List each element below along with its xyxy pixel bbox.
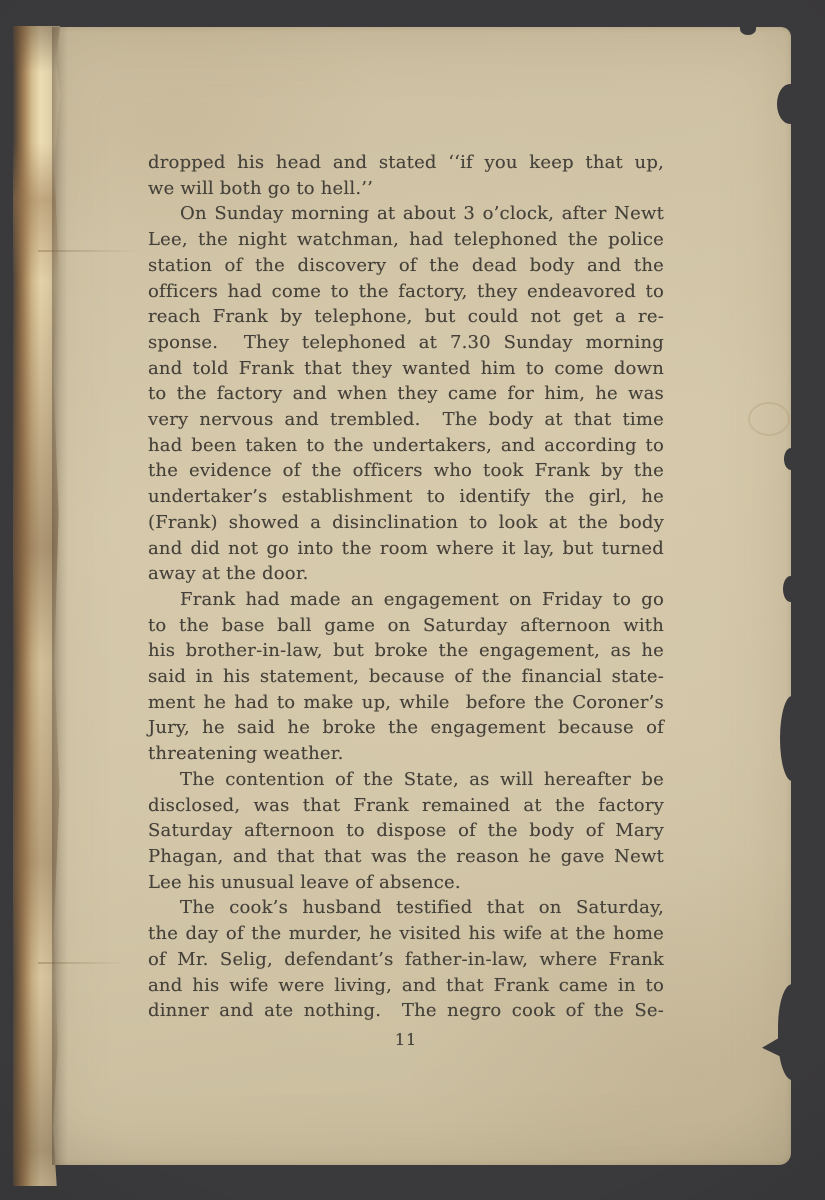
text-line: and his wife were living, and that Frank… — [148, 973, 664, 999]
paragraph: On Sunday morning at about 3 o’clock, af… — [148, 201, 664, 587]
text-line: ment he had to make up, while before the… — [148, 690, 664, 716]
text-line: his brother-in-law, but broke the engage… — [148, 638, 664, 664]
text-line: (Frank) showed a disinclination to look … — [148, 510, 664, 536]
text-line: had been taken to the undertakers, and a… — [148, 433, 664, 459]
text-line: reach Frank by telephone, but could not … — [148, 304, 664, 330]
torn-edge-notch — [784, 448, 798, 470]
stain-ring — [748, 402, 790, 436]
text-line: to the factory and when they came for hi… — [148, 381, 664, 407]
crease-line — [38, 250, 143, 252]
paragraph: dropped his head and stated ‘‘if you kee… — [148, 150, 664, 201]
text-line: Phagan, and that that was the reason he … — [148, 844, 664, 870]
paragraph: Frank had made an engagement on Friday t… — [148, 587, 664, 767]
text-line: Saturday afternoon to dispose of the bod… — [148, 818, 664, 844]
page-number: 11 — [148, 1030, 664, 1049]
text-line: undertaker’s establishment to identify t… — [148, 484, 664, 510]
text-line: very nervous and trembled. The body at t… — [148, 407, 664, 433]
text-line: disclosed, was that Frank remained at th… — [148, 793, 664, 819]
text-line: On Sunday morning at about 3 o’clock, af… — [148, 201, 664, 227]
crease-line — [38, 962, 128, 964]
text-line: The contention of the State, as will her… — [148, 767, 664, 793]
text-line: said in his statement, because of the fi… — [148, 664, 664, 690]
text-line: station of the discovery of the dead bod… — [148, 253, 664, 279]
text-line: away at the door. — [148, 561, 664, 587]
text-column: dropped his head and stated ‘‘if you kee… — [148, 150, 664, 1024]
text-line: Jury, he said he broke the engagement be… — [148, 715, 664, 741]
photo-mat-background: { "document": { "page_number": "11", "pa… — [0, 0, 825, 1200]
text-line: Lee his unusual leave of absence. — [148, 870, 664, 896]
text-line: officers had come to the factory, they e… — [148, 279, 664, 305]
text-line: we will both go to hell.’’ — [148, 176, 664, 202]
text-line: Lee, the night watchman, had telephoned … — [148, 227, 664, 253]
text-line: dinner and ate nothing. The negro cook o… — [148, 998, 664, 1024]
text-line: sponse. They telephoned at 7.30 Sunday m… — [148, 330, 664, 356]
text-line: and told Frank that they wanted him to c… — [148, 356, 664, 382]
text-line: Frank had made an engagement on Friday t… — [148, 587, 664, 613]
torn-edge-notch — [740, 23, 756, 35]
text-line: The cook’s husband testified that on Sat… — [148, 895, 664, 921]
text-line: and did not go into the room where it la… — [148, 536, 664, 562]
text-line: the evidence of the officers who took Fr… — [148, 458, 664, 484]
text-line: to the base ball game on Saturday aftern… — [148, 613, 664, 639]
binding-groove — [52, 27, 68, 1165]
text-line: of Mr. Selig, defendant’s father-in-law,… — [148, 947, 664, 973]
text-line: the day of the murder, he visited his wi… — [148, 921, 664, 947]
paragraph: The cook’s husband testified that on Sat… — [148, 895, 664, 1024]
torn-edge-notch — [780, 696, 800, 781]
text-line: threatening weather. — [148, 741, 664, 767]
torn-edge-notch — [783, 576, 798, 602]
paragraph: The contention of the State, as will her… — [148, 767, 664, 896]
torn-edge-notch — [777, 84, 803, 124]
text-line: dropped his head and stated ‘‘if you kee… — [148, 150, 664, 176]
